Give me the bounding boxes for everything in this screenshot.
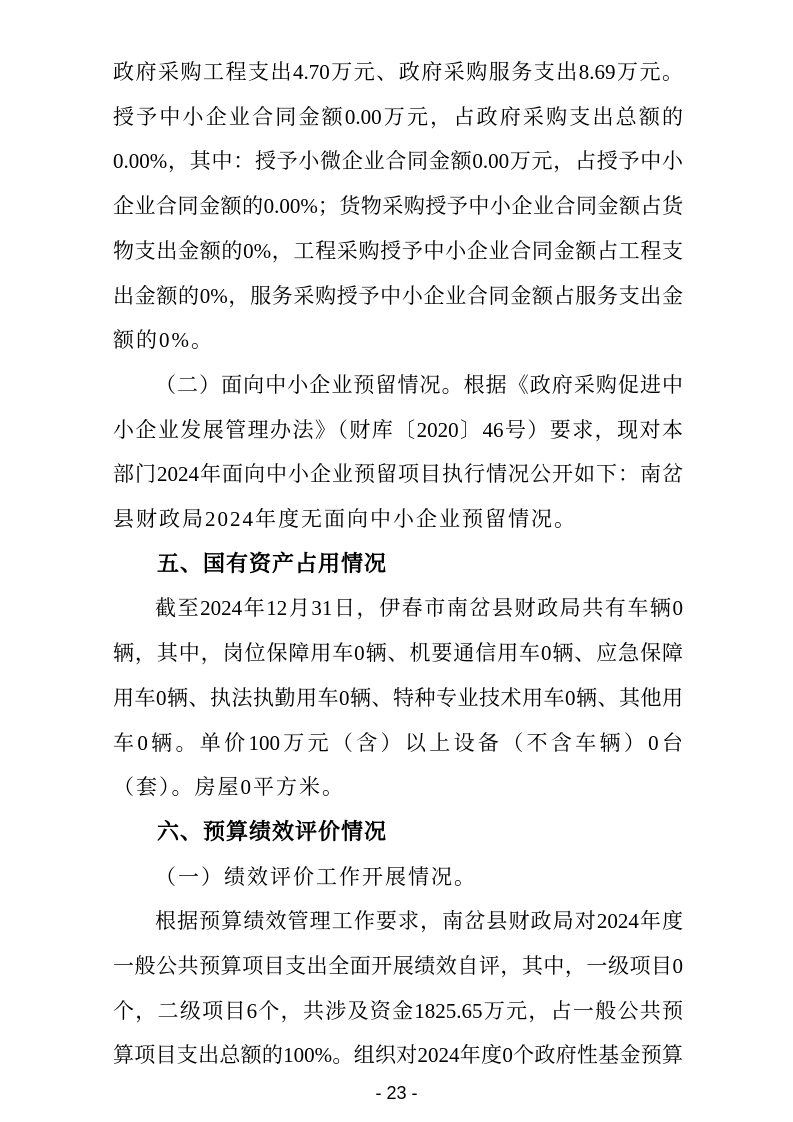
a4-page: 政府采购工程支出4.70万元、政府采购服务支出8.69万元。 授予中小企业合同金…	[0, 0, 793, 1122]
text-line: 根据预算绩效管理工作要求，南岔县财政局对2024年度	[113, 899, 683, 944]
text-line: 0.00%，其中：授予小微企业合同金额0.00万元，占授予中小	[113, 139, 683, 184]
paragraph-performance-selfreview: 根据预算绩效管理工作要求，南岔县财政局对2024年度 一般公共预算项目支出全面开…	[113, 899, 683, 1078]
text-line: （二）面向中小企业预留情况。根据《政府采购促进中	[113, 363, 683, 408]
text-line: 部门2024年面向中小企业预留项目执行情况公开如下：南岔	[113, 452, 683, 497]
paragraph-state-owned-assets: 截至2024年12月31日，伊春市南岔县财政局共有车辆0 辆，其中，岗位保障用车…	[113, 586, 683, 810]
text-line: （套）。房屋0平方米。	[113, 765, 683, 810]
page-footer: - 23 -	[0, 1083, 793, 1104]
text-line: 算项目支出总额的100%。组织对2024年度0个政府性基金预算	[113, 1033, 683, 1078]
text-line: 车0辆。单价100万元（含）以上设备（不含车辆）0台	[113, 721, 683, 766]
paragraph-performance-subtitle: （一）绩效评价工作开展情况。	[113, 855, 683, 900]
text-line: 出金额的0%，服务采购授予中小企业合同金额占服务支出金	[113, 274, 683, 319]
text-line: 用车0辆、执法执勤用车0辆、特种专业技术用车0辆、其他用	[113, 676, 683, 721]
text-line: 截至2024年12月31日，伊春市南岔县财政局共有车辆0	[113, 586, 683, 631]
text-line: 一般公共预算项目支出全面开展绩效自评，其中，一级项目0	[113, 944, 683, 989]
text-line: 物支出金额的0%，工程采购授予中小企业合同金额占工程支	[113, 229, 683, 274]
text-line: 辆，其中，岗位保障用车0辆、机要通信用车0辆、应急保障	[113, 631, 683, 676]
text-line: （一）绩效评价工作开展情况。	[113, 855, 683, 900]
text-line: 个，二级项目6个，共涉及资金1825.65万元，占一般公共预	[113, 989, 683, 1034]
text-line: 政府采购工程支出4.70万元、政府采购服务支出8.69万元。	[113, 50, 683, 95]
text-line: 小企业发展管理办法》（财库〔2020〕46号）要求，现对本	[113, 408, 683, 453]
section-heading-budget-performance: 六、预算绩效评价情况	[113, 810, 683, 855]
paragraph-procurement-smb-amounts: 政府采购工程支出4.70万元、政府采购服务支出8.69万元。 授予中小企业合同金…	[113, 50, 683, 363]
page-body: 政府采购工程支出4.70万元、政府采购服务支出8.69万元。 授予中小企业合同金…	[113, 50, 683, 1078]
page-number: - 23 -	[375, 1083, 417, 1103]
text-line: 额的0%。	[113, 318, 683, 363]
section-heading-state-owned-assets: 五、国有资产占用情况	[113, 542, 683, 587]
paragraph-smb-reservation: （二）面向中小企业预留情况。根据《政府采购促进中 小企业发展管理办法》（财库〔2…	[113, 363, 683, 542]
text-line: 授予中小企业合同金额0.00万元，占政府采购支出总额的	[113, 95, 683, 140]
text-line: 企业合同金额的0.00%；货物采购授予中小企业合同金额占货	[113, 184, 683, 229]
text-line: 县财政局2024年度无面向中小企业预留情况。	[113, 497, 683, 542]
